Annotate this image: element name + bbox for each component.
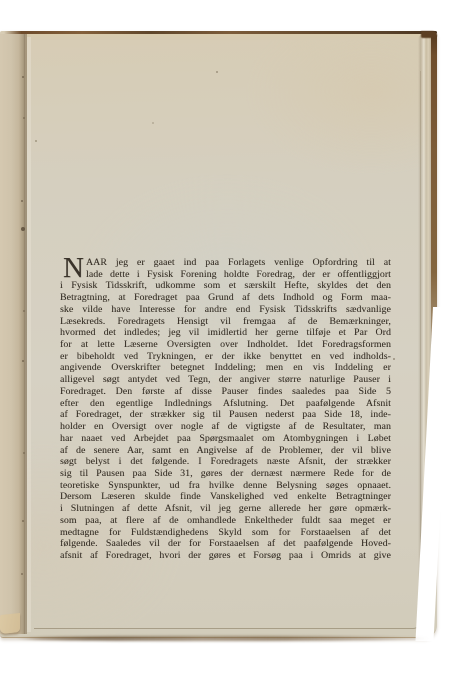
text-line: Læsekreds. Foredragets Hensigt vil fremg… — [60, 316, 391, 328]
text-block: N AAR jeg er gaaet ind paa Forlagets ven… — [60, 257, 391, 562]
text-line: lade dette i Fysisk Forening holdte Fore… — [86, 269, 391, 281]
text-line: alligevel søgt antydet ved Tegn, der ang… — [60, 374, 391, 386]
text-line: hvormed det indledes; jeg vil imidlertid… — [60, 327, 391, 339]
text-line: afsnit af Foredraget, hvori der gøres et… — [60, 550, 391, 562]
text-line: Foredraget. Den første af disse Pauser f… — [60, 386, 391, 398]
book-photo: N AAR jeg er gaaet ind paa Forlagets ven… — [0, 0, 471, 700]
text-line: medtagne for Fuldstændighedens Skyld som… — [60, 527, 391, 539]
page-top-paper-edge — [6, 34, 435, 40]
book-page: N AAR jeg er gaaet ind paa Forlagets ven… — [0, 31, 437, 638]
book-cast-shadow — [16, 636, 430, 641]
top-right-corner-mark — [421, 31, 437, 38]
text-line: Dersom Læseren skulde finde Vanskelighed… — [60, 491, 391, 503]
foxing-specks — [216, 71, 218, 73]
text-line: sig til Pausen paa Side 31, gøres der de… — [60, 468, 391, 480]
text-line: er bibeholdt ved Trykningen, er der ikke… — [60, 351, 391, 363]
text-line: følgende. Saaledes vil der for Forstaael… — [60, 538, 391, 550]
sewing-specks — [22, 76, 24, 78]
text-line: af de senere Aar, samt en Angivelse af d… — [60, 445, 391, 457]
text-line: i Slutningen af dette Afsnit, vil jeg ge… — [60, 503, 391, 515]
text-line: teoretiske Synspunkter, ud fra hvilke de… — [60, 480, 391, 492]
bottom-left-leaf-corner — [0, 613, 20, 634]
page-gutter — [0, 34, 25, 634]
text-line: Betragtning, at Foredraget paa Grund af … — [60, 292, 391, 304]
text-line: angivende Overskrifter betegnet Inddelin… — [60, 362, 391, 374]
text-line: har naaet ved Arbejdet paa Spørgsmaalet … — [60, 433, 391, 445]
text-line: som paa, at flere af de omhandlede Enkel… — [60, 515, 391, 527]
text-line: for at lette Læserne Oversigten over Ind… — [60, 339, 391, 351]
text-line: af Foredraget, der strækker sig til Paus… — [60, 409, 391, 421]
text-line: ske vilde have Interesse for andre end F… — [60, 304, 391, 316]
drop-cap: N — [63, 257, 83, 279]
gutter-highlight — [27, 37, 31, 632]
text-line: holder en Oversigt over nogle af de vigt… — [60, 421, 391, 433]
text-line: søgt belyst i det følgende. I Foredraget… — [60, 456, 391, 468]
text-line: efter den egentlige Indlednings Afslutni… — [60, 398, 391, 410]
paragraph-lines: AAR jeg er gaaet ind paa Forlagets venli… — [60, 257, 391, 562]
text-line: i Fysisk Tidsskrift, udkomme som et særs… — [60, 280, 391, 292]
text-line: AAR jeg er gaaet ind paa Forlagets venli… — [86, 257, 391, 269]
